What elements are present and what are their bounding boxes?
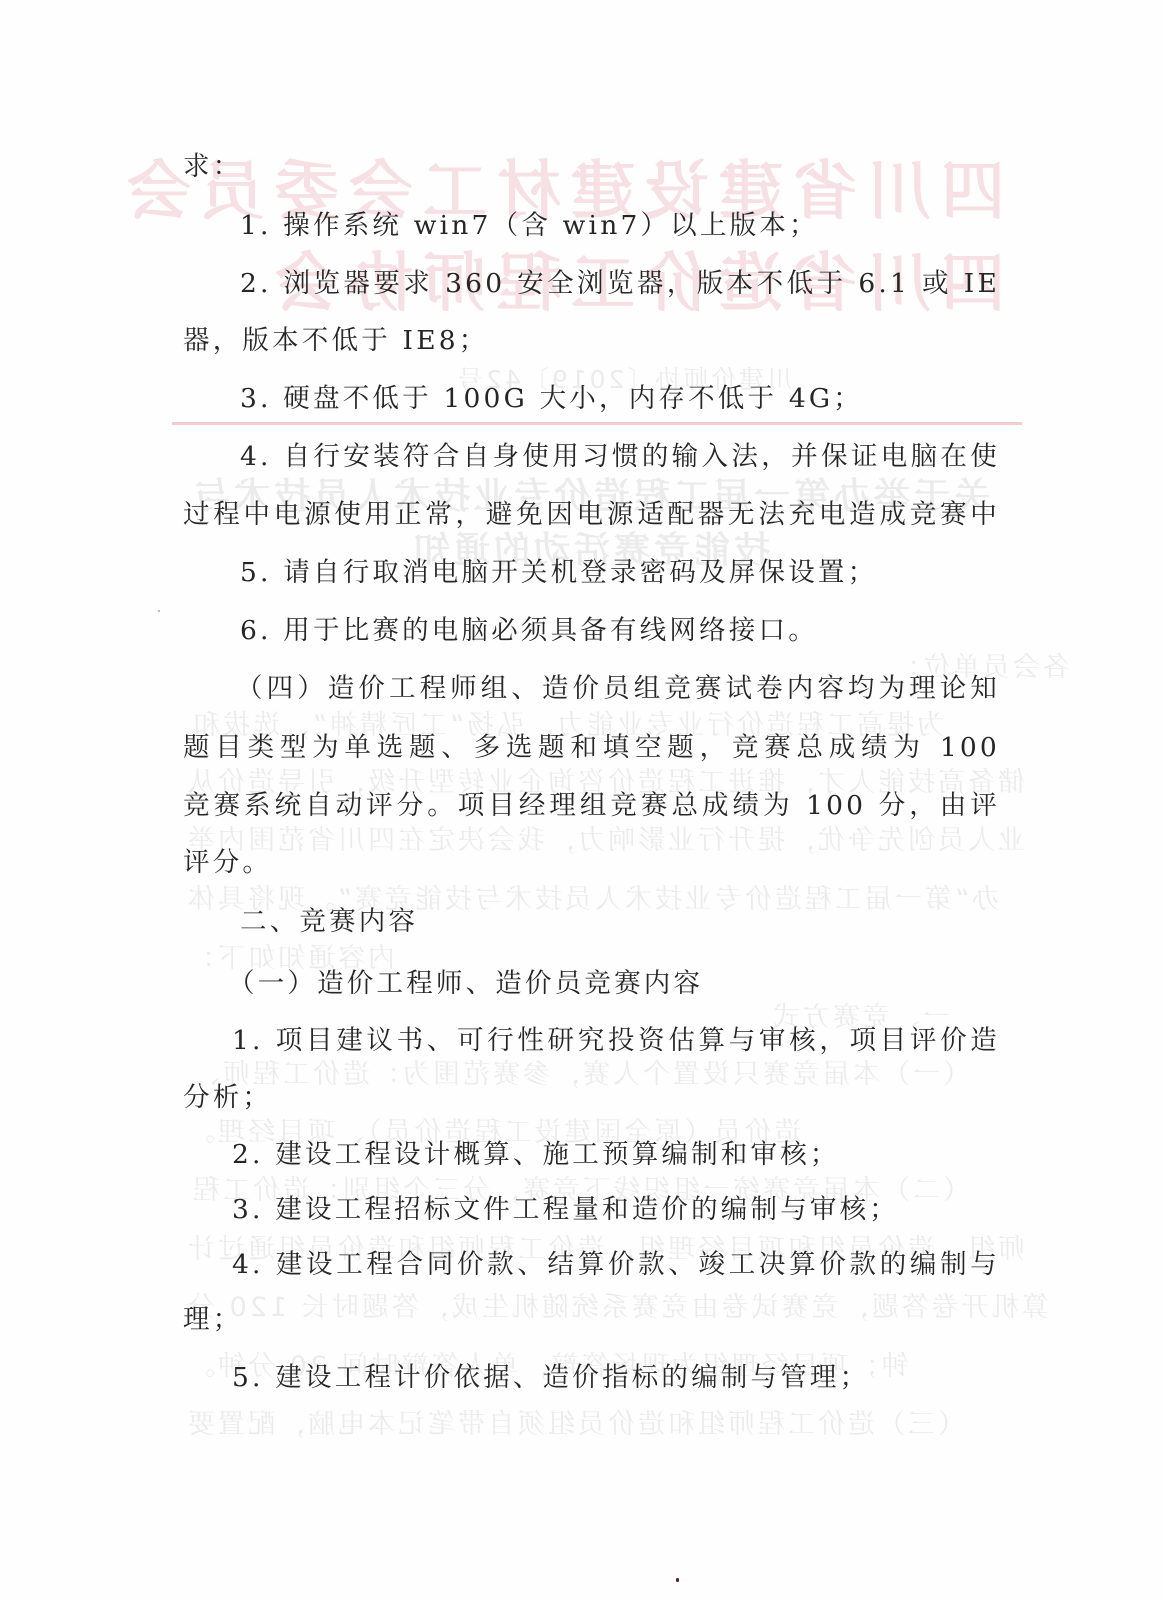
text-line-continuation-requirements: 求： [183,150,1000,184]
list-item-project-proposal-cont: 分析； [183,1081,1000,1115]
list-item-os-requirement: 1. 操作系统 win7（含 win7）以上版本； [240,209,1000,243]
list-item-disk-memory-requirement: 3. 硬盘不低于 100G 大小，内存不低于 4G； [240,382,1000,416]
paragraph-exam-content: （四）造价工程师组、造价员组竞赛试卷内容均为理论知识， [236,672,1000,706]
list-item-bidding-documents: 3. 建设工程招标文件工程量和造价的编制与审核； [232,1193,992,1227]
paragraph-exam-content-cont-1: 题目类型为单选题、多选题和填空题，竞赛总成绩为 100 分，由 [183,731,1000,765]
list-item-input-method-power: 4. 自行安装符合自身使用习惯的输入法，并保证电脑在使用 [240,440,1000,474]
bleed-red-rule [172,422,1022,425]
list-item-contract-settlement: 4. 建设工程合同价款、结算价款、竣工决算价款的编制与管 [232,1248,1000,1282]
subsection-heading-cost-engineer-content: （一）造价工程师、造价员竞赛内容 [228,967,1000,1001]
list-item-browser-requirement: 2. 浏览器要求 360 安全浏览器，版本不低于 6.1 或 IE 浏览 [240,267,1000,301]
section-heading-competition-content: 二、竞赛内容 [240,905,1000,939]
document-page: 四川省建设建材工会委员会 四川省造价工程师协会 川建价师协〔2019〕42号 关… [0,0,1163,1600]
list-item-design-estimate: 2. 建设工程设计概算、施工预算编制和审核； [232,1138,992,1172]
list-item-project-proposal: 1. 项目建议书、可行性研究投资估算与审核，项目评价造价 [232,1024,1000,1058]
list-item-disable-password: 5. 请自行取消电脑开关机登录密码及屏保设置； [240,556,1000,590]
list-item-wired-network: 6. 用于比赛的电脑必须具备有线网络接口。 [240,614,1000,648]
paragraph-exam-content-cont-3: 评分。 [183,846,1000,880]
list-item-input-method-power-cont: 过程中电源使用正常，避免因电源适配器无法充电造成竞赛中断； [183,498,1000,532]
list-item-pricing-basis: 5. 建设工程计价依据、造价指标的编制与管理； [232,1361,992,1395]
paragraph-exam-content-cont-2: 竞赛系统自动评分。项目经理组竞赛总成绩为 100 分，由评审组 [183,789,1000,823]
paper-speck-small [158,610,160,612]
bleed-body-13: （三）造价工程师组和造价员组须自带笔记本电脑，配置要 [185,1402,965,1441]
list-item-contract-settlement-cont: 理； [183,1303,1000,1337]
list-item-browser-requirement-cont: 器，版本不低于 IE8； [183,324,1000,358]
paper-speck [676,1578,679,1582]
